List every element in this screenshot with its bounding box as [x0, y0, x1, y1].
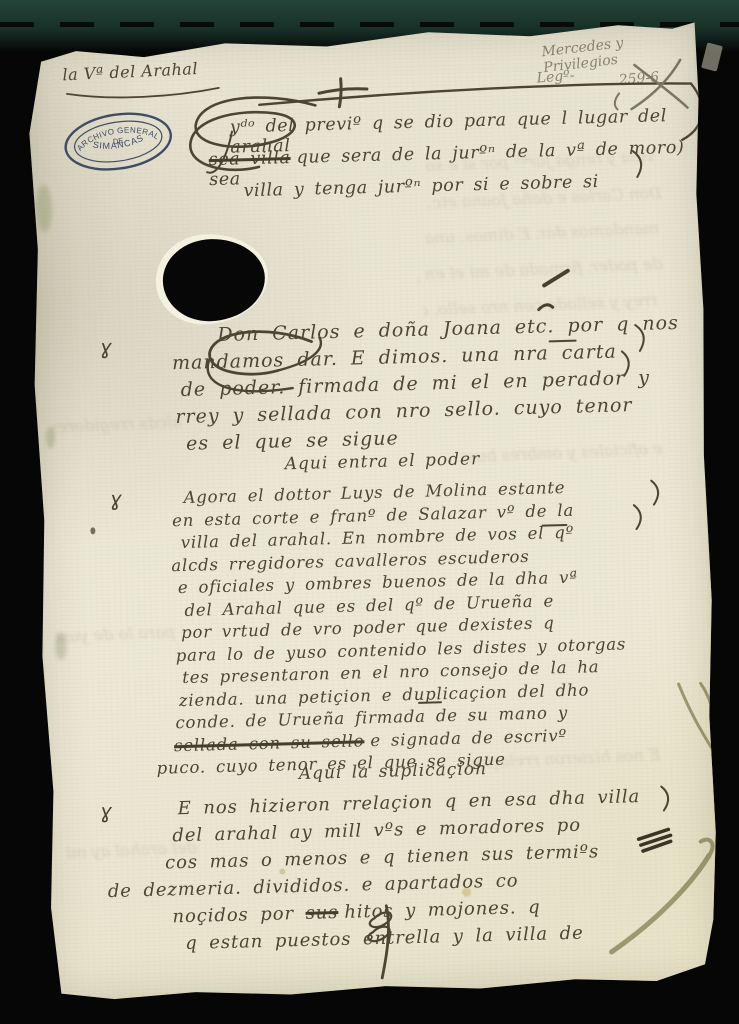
edge-stain [55, 632, 67, 660]
bleedthrough-text: para lo de yuso contenido les distes y o… [55, 622, 176, 646]
struck-word: sea villa [208, 148, 290, 170]
paragraph-poder: Agora el dottor Luys de Molina estante e… [169, 474, 691, 780]
margin-mark: ɣ [109, 487, 122, 511]
edge-stain [46, 426, 56, 448]
pencil-legajo-number: 259-6 [618, 69, 659, 88]
struck-phrase: sellada con su sello [174, 731, 365, 755]
paragraph-royal-intitulation: Don Carlos e doña Joana etc. por q nos m… [171, 310, 679, 458]
manuscript-page: villa y tenga jurºⁿ por si e sobre si Do… [21, 19, 724, 1004]
struck-word: sus [305, 902, 338, 924]
archivo-simancas-stamp: ARCHIVO GENERAL DE SIMANCAS [59, 105, 178, 179]
manuscript-scan: { "document": { "archive_label": "la Vª … [0, 0, 739, 1024]
paragraph-suplicacion: E nos hizieron rrelaçion q en esa dha vi… [163, 782, 697, 958]
bleedthrough-text: de poder. firmada de mi el en perador y [417, 254, 663, 284]
bleedthrough-text: mandamos dar. E dimos. una nra carta [418, 218, 659, 247]
text-after-strike: e signada de escrivº [370, 726, 567, 750]
heading-aqui-entra-el-poder: Aqui entra el poder [284, 449, 480, 474]
margin-mark: ɣ [99, 335, 112, 359]
text-after-strike: hitos y mojones. q [344, 897, 541, 923]
margin-mark: ɣ [99, 799, 112, 823]
archive-shelf-label: la Vª del Arahal [62, 59, 198, 84]
paper-hole [162, 238, 266, 323]
ink-speck [90, 527, 95, 534]
bleedthrough-text: alcds rregidores cavalleros escuderos [51, 412, 182, 437]
invocation-cross-icon [339, 79, 342, 107]
heading-aqui-la-suplicacion: Aqui la suplicaçion [299, 759, 488, 784]
pencil-classification-line2: Legº- [536, 68, 575, 87]
text-before-strike: noçidos por [172, 903, 294, 927]
edge-stain [35, 184, 52, 232]
